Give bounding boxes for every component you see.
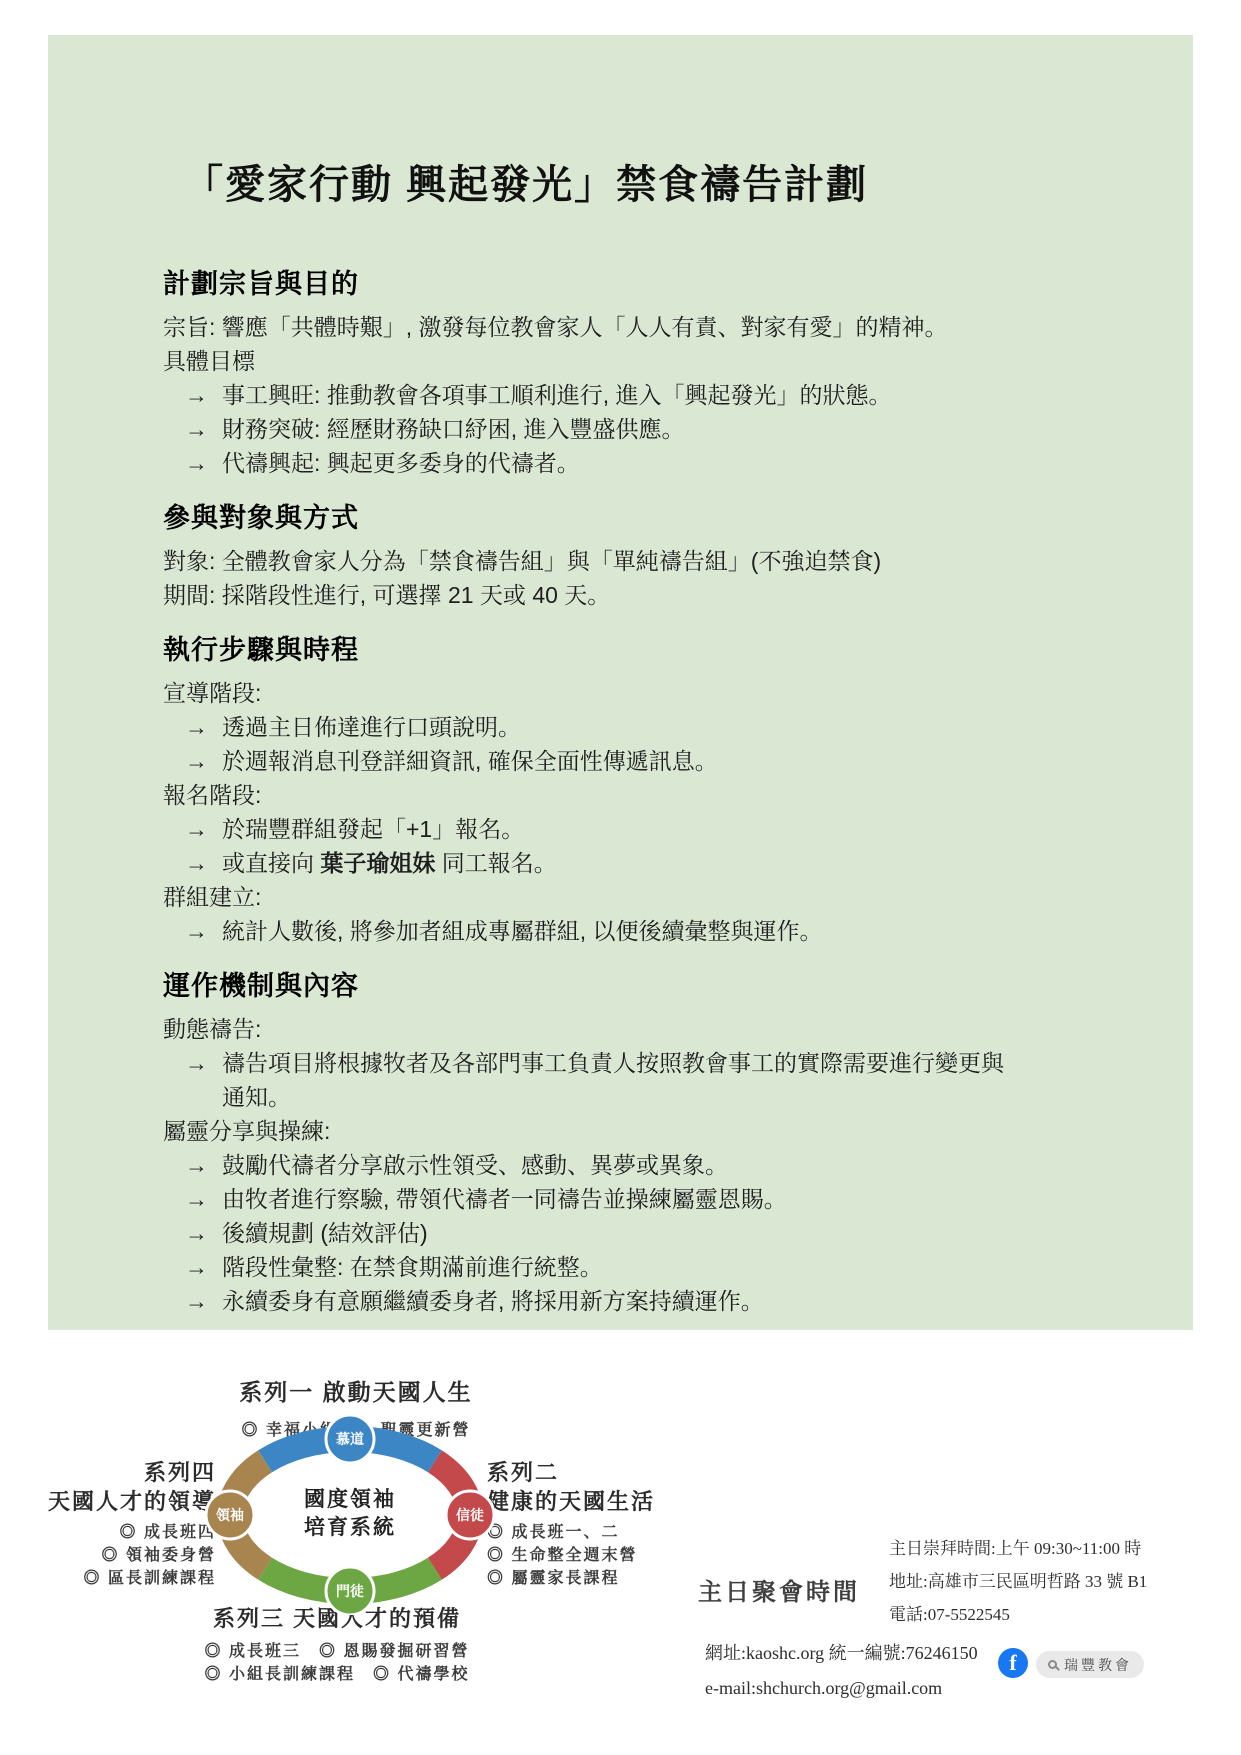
- doc-line: 對象: 全體教會家人分為「禁食禱告組」與「單純禱告組」(不強迫禁食): [163, 544, 1016, 578]
- doc-line: 動態禱告:: [163, 1012, 1016, 1046]
- series-4-block: 系列四 天國人才的領導 ◎ 成長班四 ◎ 領袖委身營 ◎ 區長訓練課程: [0, 1458, 216, 1590]
- doc-line-text: 代禱興起: 興起更多委身的代禱者。: [222, 446, 1016, 480]
- doc-line-text: 階段性彙整: 在禁食期滿前進行統整。: [222, 1250, 1016, 1284]
- doc-line-text: 禱告項目將根據牧者及各部門事工負責人按照教會事工的實際需要進行變更與通知。: [222, 1046, 1016, 1114]
- series-4-items: ◎ 成長班四 ◎ 領袖委身營 ◎ 區長訓練課程: [0, 1521, 216, 1590]
- arrow-icon: →: [185, 378, 222, 412]
- doc-arrow-line: → 財務突破: 經歷財務缺口紓困, 進入豐盛供應。: [163, 412, 1016, 446]
- doc-arrow-line: → 永續委身有意願繼續委身者, 將採用新方案持續運作。: [163, 1284, 1016, 1318]
- diagram-center-line2: 培育系統: [265, 1514, 435, 1542]
- node-leader-label: 領袖: [216, 1507, 244, 1523]
- doc-line-post: 同工報名。: [435, 850, 556, 876]
- doc-line: 具體目標: [163, 344, 1016, 378]
- doc-line-text: 統計人數後, 將參加者組成專屬群組, 以便後續彙整與運作。: [222, 914, 1016, 948]
- search-icon: [1048, 1660, 1057, 1669]
- arrow-icon: →: [185, 446, 222, 480]
- section-heading-purpose: 計劃宗旨與目的: [163, 262, 1016, 301]
- worship-time-line: 主日崇拜時間:上午 09:30~11:00 時: [889, 1532, 1147, 1565]
- series-4-title: 系列四: [0, 1458, 216, 1487]
- sunday-service-label: 主日聚會時間: [698, 1572, 860, 1607]
- series-2-title: 系列二: [487, 1458, 787, 1487]
- arrow-icon: →: [185, 812, 222, 846]
- section-heading-operation: 運作機制與內容: [163, 964, 1016, 1003]
- doc-line-text: 財務突破: 經歷財務缺口紓困, 進入豐盛供應。: [222, 412, 1016, 446]
- arrow-icon: →: [185, 1250, 222, 1284]
- series-3-items: ◎ 成長班三 ◎ 恩賜發掘研習營 ◎ 小組長訓練課程 ◎ 代禱學校: [127, 1640, 547, 1686]
- facebook-search-pill: 瑞豐教會: [1036, 1651, 1144, 1678]
- doc-line-pre: 或直接向: [222, 850, 320, 876]
- series-4-subtitle: 天國人才的領導: [0, 1487, 216, 1516]
- contact-person-name: 葉子瑜姐妹: [320, 850, 435, 876]
- footer-area: 系列一 啟動天國人生 ◎ 幸福小組 ◎ 聖靈更新營 系列四 天國人才的領導 ◎ …: [0, 1330, 1241, 1755]
- doc-line: 宣導階段:: [163, 676, 1016, 710]
- doc-arrow-line: → 於週報消息刊登詳細資訊, 確保全面性傳遞訊息。: [163, 744, 1016, 778]
- doc-arrow-line: → 代禱興起: 興起更多委身的代禱者。: [163, 446, 1016, 480]
- series-3-item: ◎ 成長班三 ◎ 恩賜發掘研習營: [127, 1640, 547, 1663]
- doc-line-text: 鼓勵代禱者分享啟示性領受、感動、異夢或異象。: [222, 1148, 1016, 1182]
- series-2-item: ◎ 生命整全週末營: [487, 1544, 787, 1567]
- series-1-title: 系列一 啟動天國人生: [146, 1374, 566, 1407]
- doc-line-text: 或直接向 葉子瑜姐妹 同工報名。: [222, 846, 1016, 880]
- document-body: 「愛家行動 興起發光」禁食禱告計劃 計劃宗旨與目的 宗旨: 響應「共體時艱」, …: [163, 153, 1016, 1318]
- doc-line-text: 於週報消息刊登詳細資訊, 確保全面性傳遞訊息。: [222, 744, 1016, 778]
- doc-arrow-line: → 禱告項目將根據牧者及各部門事工負責人按照教會事工的實際需要進行變更與通知。: [163, 1046, 1016, 1114]
- doc-arrow-line: → 由牧者進行察驗, 帶領代禱者一同禱告並操練屬靈恩賜。: [163, 1182, 1016, 1216]
- doc-line-text: 事工興旺: 推動教會各項事工順利進行, 進入「興起發光」的狀態。: [222, 378, 1016, 412]
- doc-arrow-line: → 透過主日佈達進行口頭說明。: [163, 710, 1016, 744]
- doc-line-text: 永續委身有意願繼續委身者, 將採用新方案持續運作。: [222, 1284, 1016, 1318]
- series-3-item: ◎ 小組長訓練課程 ◎ 代禱學校: [127, 1663, 547, 1686]
- doc-line-text: 由牧者進行察驗, 帶領代禱者一同禱告並操練屬靈恩賜。: [222, 1182, 1016, 1216]
- section-heading-steps: 執行步驟與時程: [163, 628, 1016, 667]
- worship-info-block: 主日崇拜時間:上午 09:30~11:00 時 地址:高雄市三民區明哲路 33 …: [889, 1532, 1147, 1631]
- arrow-icon: →: [185, 914, 222, 948]
- series-4-item: ◎ 成長班四: [0, 1521, 216, 1544]
- doc-line: 宗旨: 響應「共體時艱」, 激發每位教會家人「人人有責、對家有愛」的精神。: [163, 310, 1016, 344]
- doc-arrow-line: → 或直接向 葉子瑜姐妹 同工報名。: [163, 846, 1016, 880]
- diagram-center-line1: 國度領袖: [265, 1486, 435, 1514]
- doc-line: 期間: 採階段性進行, 可選擇 21 天或 40 天。: [163, 578, 1016, 612]
- arrow-icon: →: [185, 1182, 222, 1216]
- doc-line: 屬靈分享與操練:: [163, 1114, 1016, 1148]
- arrow-icon: →: [185, 710, 222, 744]
- series-4-item: ◎ 區長訓練課程: [0, 1567, 216, 1590]
- website-line: 網址:kaoshc.org 統一編號:76246150: [705, 1636, 978, 1671]
- arrow-icon: →: [185, 846, 222, 880]
- series-2-item: ◎ 成長班一、二: [487, 1521, 787, 1544]
- arrow-icon: →: [185, 1046, 222, 1114]
- facebook-icon: f: [998, 1648, 1028, 1678]
- address-line: 地址:高雄市三民區明哲路 33 號 B1: [889, 1565, 1147, 1598]
- arrow-icon: →: [185, 1284, 222, 1318]
- node-disciple-label: 門徒: [336, 1583, 364, 1599]
- arrow-icon: →: [185, 1148, 222, 1182]
- doc-line-text: 透過主日佈達進行口頭說明。: [222, 710, 1016, 744]
- facebook-search-text: 瑞豐教會: [1064, 1655, 1132, 1675]
- section-heading-participants: 參與對象與方式: [163, 496, 1016, 535]
- arrow-icon: →: [185, 1216, 222, 1250]
- document-panel: 「愛家行動 興起發光」禁食禱告計劃 計劃宗旨與目的 宗旨: 響應「共體時艱」, …: [48, 35, 1193, 1330]
- series-4-item: ◎ 領袖委身營: [0, 1544, 216, 1567]
- arrow-icon: →: [185, 744, 222, 778]
- series-2-subtitle: 健康的天國生活: [487, 1487, 787, 1516]
- page-title: 「愛家行動 興起發光」禁食禱告計劃: [183, 153, 1016, 210]
- doc-arrow-line: → 於瑞豐群組發起「+1」報名。: [163, 812, 1016, 846]
- doc-arrow-line: → 後續規劃 (結效評估): [163, 1216, 1016, 1250]
- doc-line-text: 於瑞豐群組發起「+1」報名。: [222, 812, 1016, 846]
- arrow-icon: →: [185, 412, 222, 446]
- diagram-center-label: 國度領袖 培育系統: [265, 1486, 435, 1542]
- contact-block: 網址:kaoshc.org 統一編號:76246150 e-mail:shchu…: [705, 1636, 978, 1706]
- doc-line: 報名階段:: [163, 778, 1016, 812]
- doc-arrow-line: → 統計人數後, 將參加者組成專屬群組, 以便後續彙整與運作。: [163, 914, 1016, 948]
- doc-arrow-line: → 事工興旺: 推動教會各項事工順利進行, 進入「興起發光」的狀態。: [163, 378, 1016, 412]
- node-believer-label: 信徒: [456, 1507, 484, 1523]
- phone-line: 電話:07-5522545: [889, 1598, 1147, 1631]
- doc-arrow-line: → 鼓勵代禱者分享啟示性領受、感動、異夢或異象。: [163, 1148, 1016, 1182]
- doc-line: 群組建立:: [163, 880, 1016, 914]
- doc-line-text: 後續規劃 (結效評估): [222, 1216, 1016, 1250]
- doc-arrow-line: → 階段性彙整: 在禁食期滿前進行統整。: [163, 1250, 1016, 1284]
- node-seeker-label: 慕道: [336, 1431, 364, 1447]
- flyer-page: 「愛家行動 興起發光」禁食禱告計劃 計劃宗旨與目的 宗旨: 響應「共體時艱」, …: [0, 0, 1241, 1755]
- series-2-block: 系列二 健康的天國生活 ◎ 成長班一、二 ◎ 生命整全週末營 ◎ 屬靈家長課程: [487, 1458, 787, 1590]
- email-line: e-mail:shchurch.org@gmail.com: [705, 1671, 978, 1706]
